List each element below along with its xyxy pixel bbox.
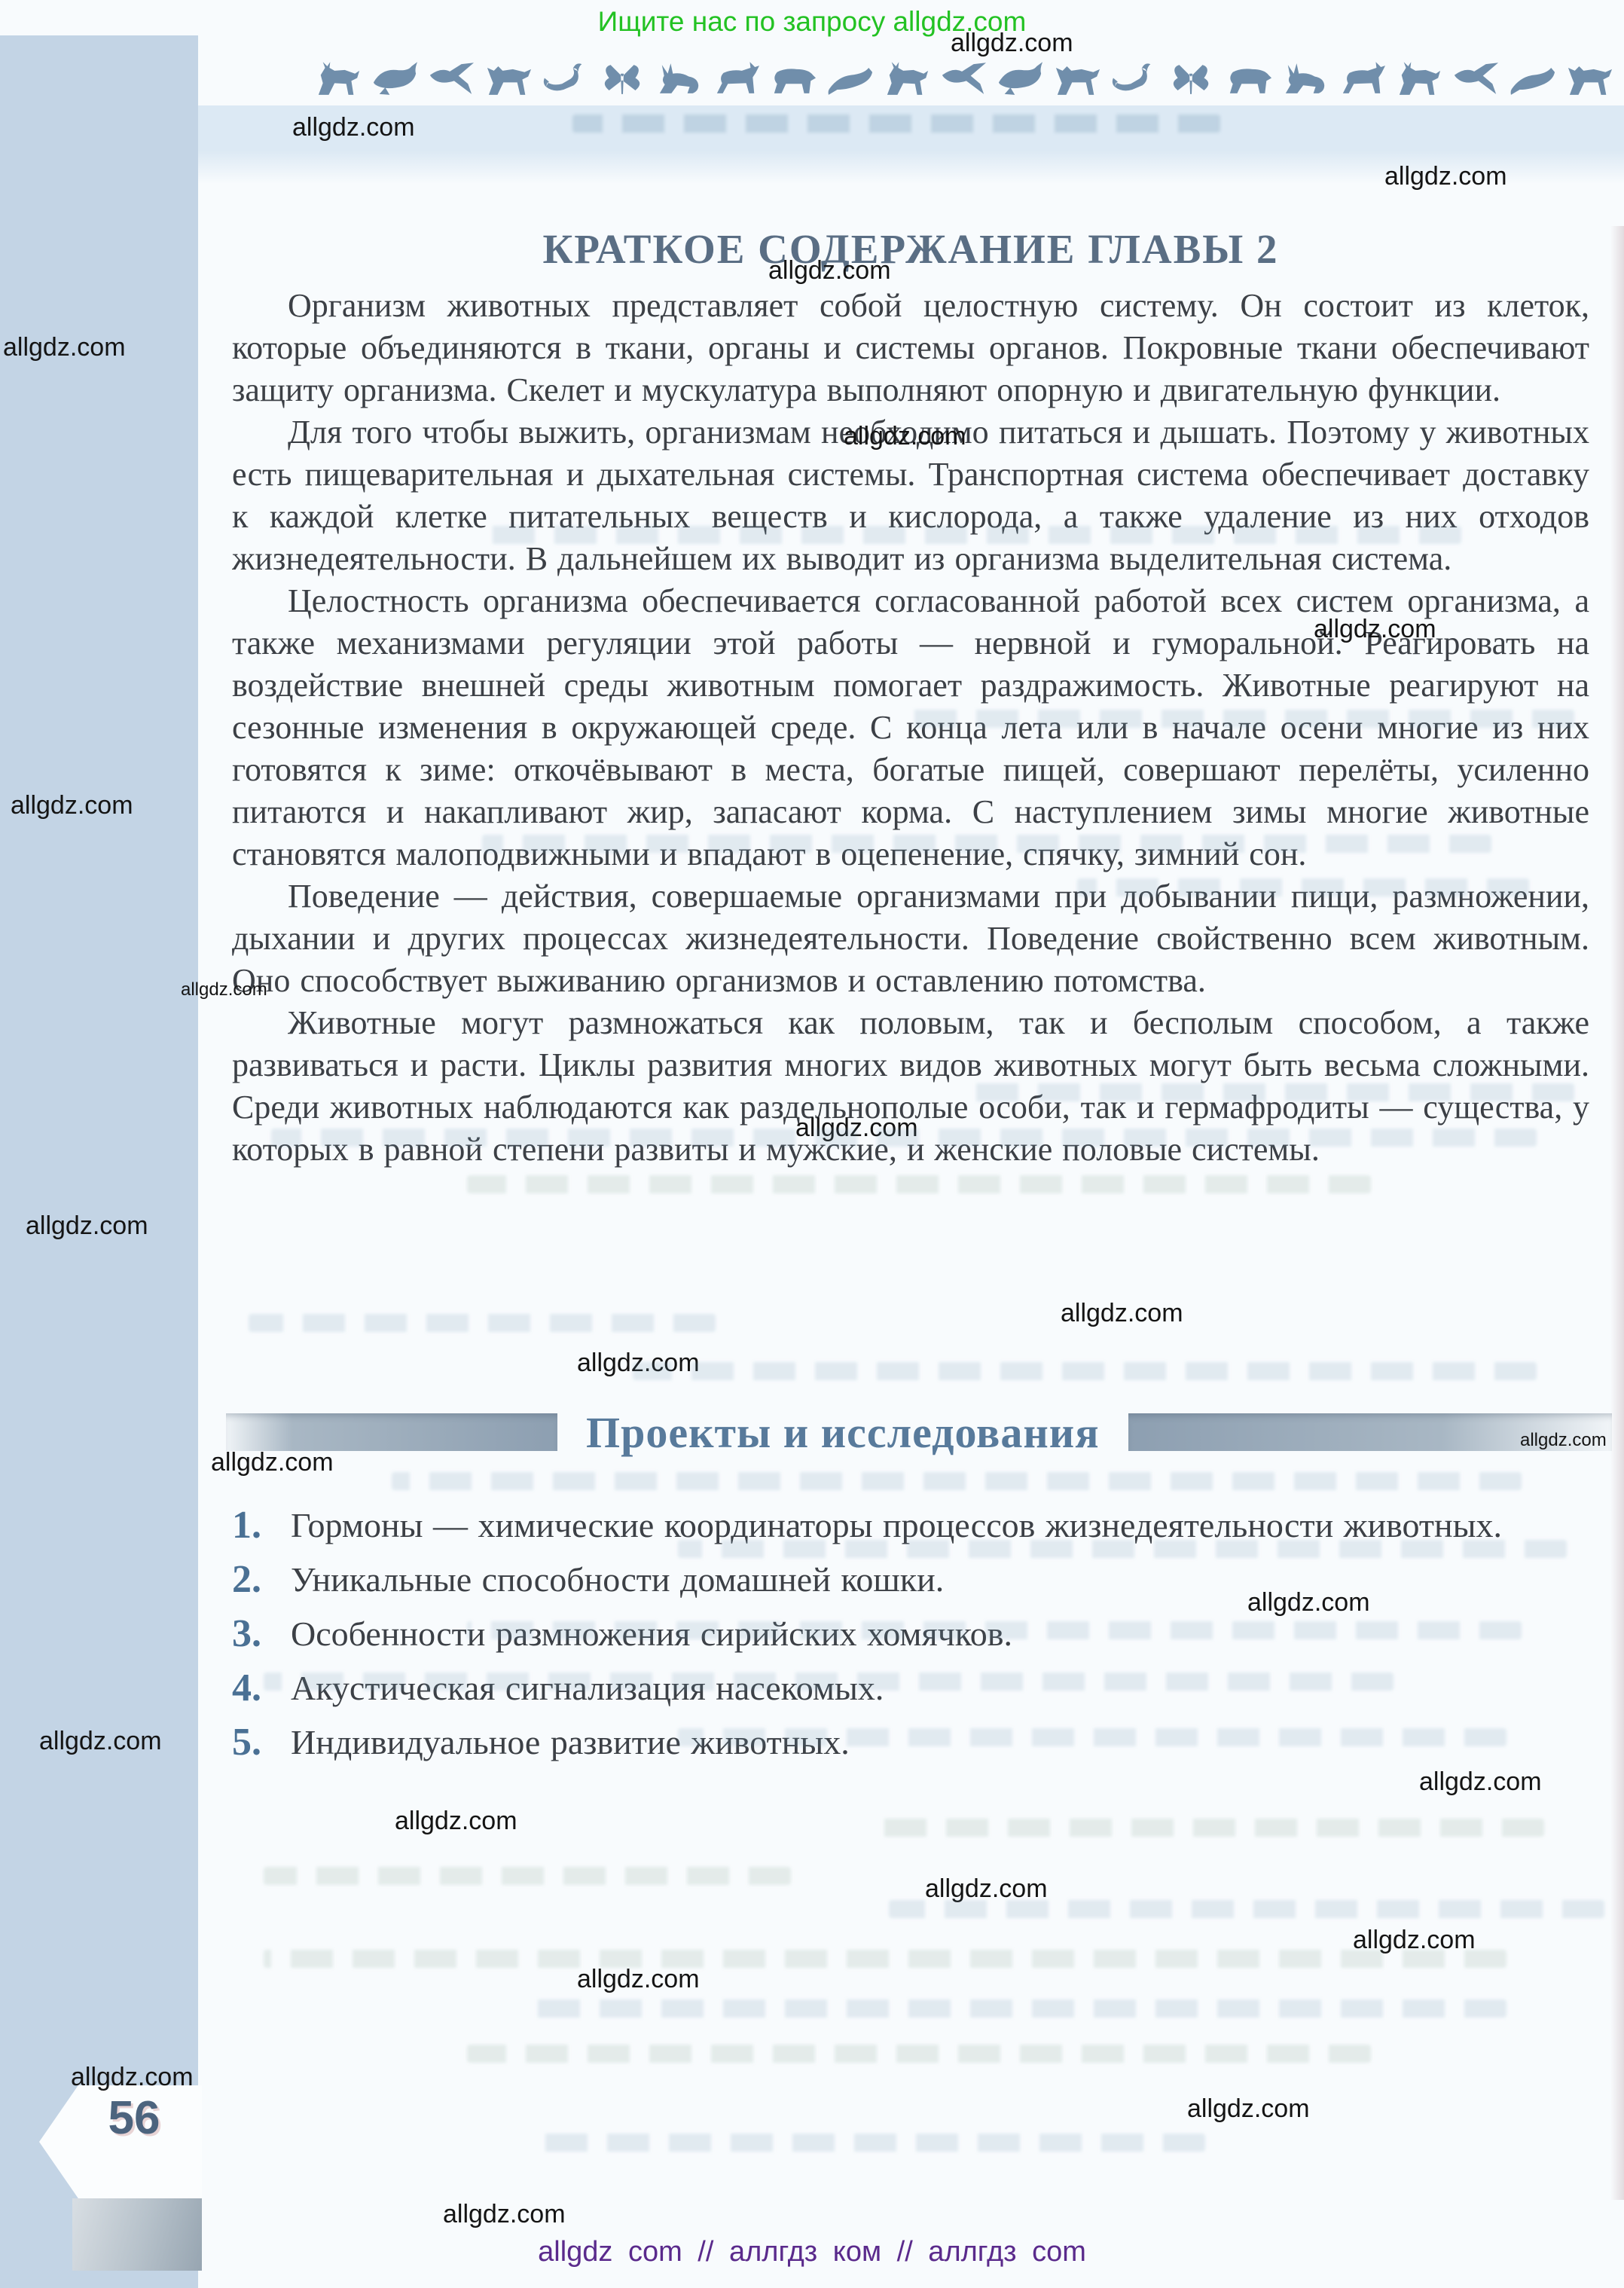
watermark: allgdz.com (211, 1448, 334, 1477)
summary-paragraph: Организм животных представляет собой цел… (232, 285, 1589, 411)
page-binding-sidebar (0, 35, 198, 2288)
bleed-through-row (467, 1621, 1522, 1639)
watermark: allgdz.com (3, 333, 126, 362)
whale-silhouette-icon (372, 61, 419, 96)
deer-silhouette-icon (884, 61, 930, 96)
bird-silhouette-icon (429, 61, 475, 96)
bleed-through-row (633, 1362, 1537, 1380)
watermark: allgdz.com (39, 1727, 162, 1756)
project-item: 2. Уникальные способности домашней кошки… (232, 1558, 1589, 1602)
bleed-through-row (972, 1083, 1574, 1101)
bleed-through-row (889, 1900, 1604, 1918)
deer-silhouette-icon (315, 61, 362, 96)
watermark: allgdz.com (1384, 162, 1507, 191)
watermark: allgdz.com (443, 2200, 566, 2229)
watermark: allgdz.com (1520, 1430, 1607, 1451)
corner-gradient-block (72, 2198, 202, 2271)
chapter-summary-title: КРАТКОЕ СОДЕРЖАНИЕ ГЛАВЫ 2 (232, 225, 1589, 273)
watermark: allgdz.com (1419, 1767, 1542, 1797)
bleed-through-row (467, 1175, 1371, 1193)
watermark: allgdz.com (768, 256, 891, 286)
bleed-through-row (527, 1999, 1506, 2018)
bleed-through-row (249, 1314, 716, 1332)
watermark: allgdz.com (11, 791, 133, 820)
horse-silhouette-icon (486, 61, 533, 96)
seal-silhouette-icon (1510, 61, 1556, 96)
project-item-number: 3. (232, 1612, 291, 1656)
bleed-through-row (1077, 878, 1529, 897)
projects-heading-row: Проекты и исследования (226, 1400, 1612, 1465)
watermark: allgdz.com (181, 979, 267, 1000)
watermark: allgdz.com (577, 1965, 700, 1994)
scorpion-silhouette-icon (542, 61, 589, 96)
page-number: 56 (89, 2091, 179, 2145)
bleed-through-row (392, 1472, 1522, 1490)
bleed-through-row (678, 1728, 1506, 1746)
bleed-through-row (482, 835, 1491, 853)
watermark: allgdz.com (844, 422, 966, 451)
hare-silhouette-icon (656, 61, 703, 96)
textbook-page-scan: Ищите нас по запросу allgdz.com КРАТКОЕ … (0, 0, 1624, 2288)
bird-silhouette-icon (941, 61, 988, 96)
watermark: allgdz.com (71, 2063, 194, 2092)
bleed-through-row (866, 1819, 1544, 1837)
horse-silhouette-icon (1055, 61, 1101, 96)
bleed-through-row (911, 710, 1574, 728)
bleed-through-row (264, 1672, 1394, 1691)
footer-site-line: allgdz com // аллгдз ком // аллгдз com (538, 2236, 1086, 2268)
bleed-through-row (482, 526, 1461, 544)
deer-silhouette-icon (1396, 61, 1442, 96)
bleed-through-row (264, 1950, 1506, 1968)
cat-silhouette-icon (1339, 61, 1386, 96)
boar-silhouette-icon (770, 61, 817, 96)
bleed-through-row (678, 1540, 1567, 1558)
watermark: allgdz.com (1187, 2094, 1310, 2124)
butterfly-silhouette-icon (600, 61, 646, 96)
bleed-through-row (572, 115, 1220, 133)
bleed-through-row (467, 2045, 1371, 2063)
page-edge-shadow (1610, 226, 1624, 2200)
watermark: allgdz.com (1061, 1299, 1183, 1328)
hare-silhouette-icon (1282, 61, 1329, 96)
watermark: allgdz.com (292, 113, 415, 142)
heading-bar-left (226, 1413, 557, 1451)
project-item-number: 1. (232, 1504, 291, 1547)
animal-border (315, 57, 1613, 96)
horse-silhouette-icon (1567, 61, 1613, 96)
project-item-number: 2. (232, 1558, 291, 1602)
bird-silhouette-icon (1453, 61, 1500, 96)
butterfly-silhouette-icon (1168, 61, 1215, 96)
watermark: allgdz.com (395, 1807, 517, 1836)
boar-silhouette-icon (1226, 61, 1272, 96)
scorpion-silhouette-icon (1111, 61, 1158, 96)
bleed-through-row (264, 1867, 791, 1885)
watermark: allgdz.com (1314, 615, 1436, 644)
bleed-through-row (271, 1129, 1537, 1147)
watermark: allgdz.com (1247, 1588, 1370, 1617)
seal-silhouette-icon (827, 61, 874, 96)
watermark: allgdz.com (26, 1211, 148, 1241)
projects-heading: Проекты и исследования (586, 1407, 1100, 1458)
project-item-text: Уникальные способности домашней кошки. (291, 1558, 1589, 1602)
project-item-number: 5. (232, 1721, 291, 1764)
bleed-through-row (527, 2134, 1205, 2152)
cat-silhouette-icon (713, 61, 760, 96)
whale-silhouette-icon (997, 61, 1044, 96)
watermark: allgdz.com (951, 29, 1073, 58)
